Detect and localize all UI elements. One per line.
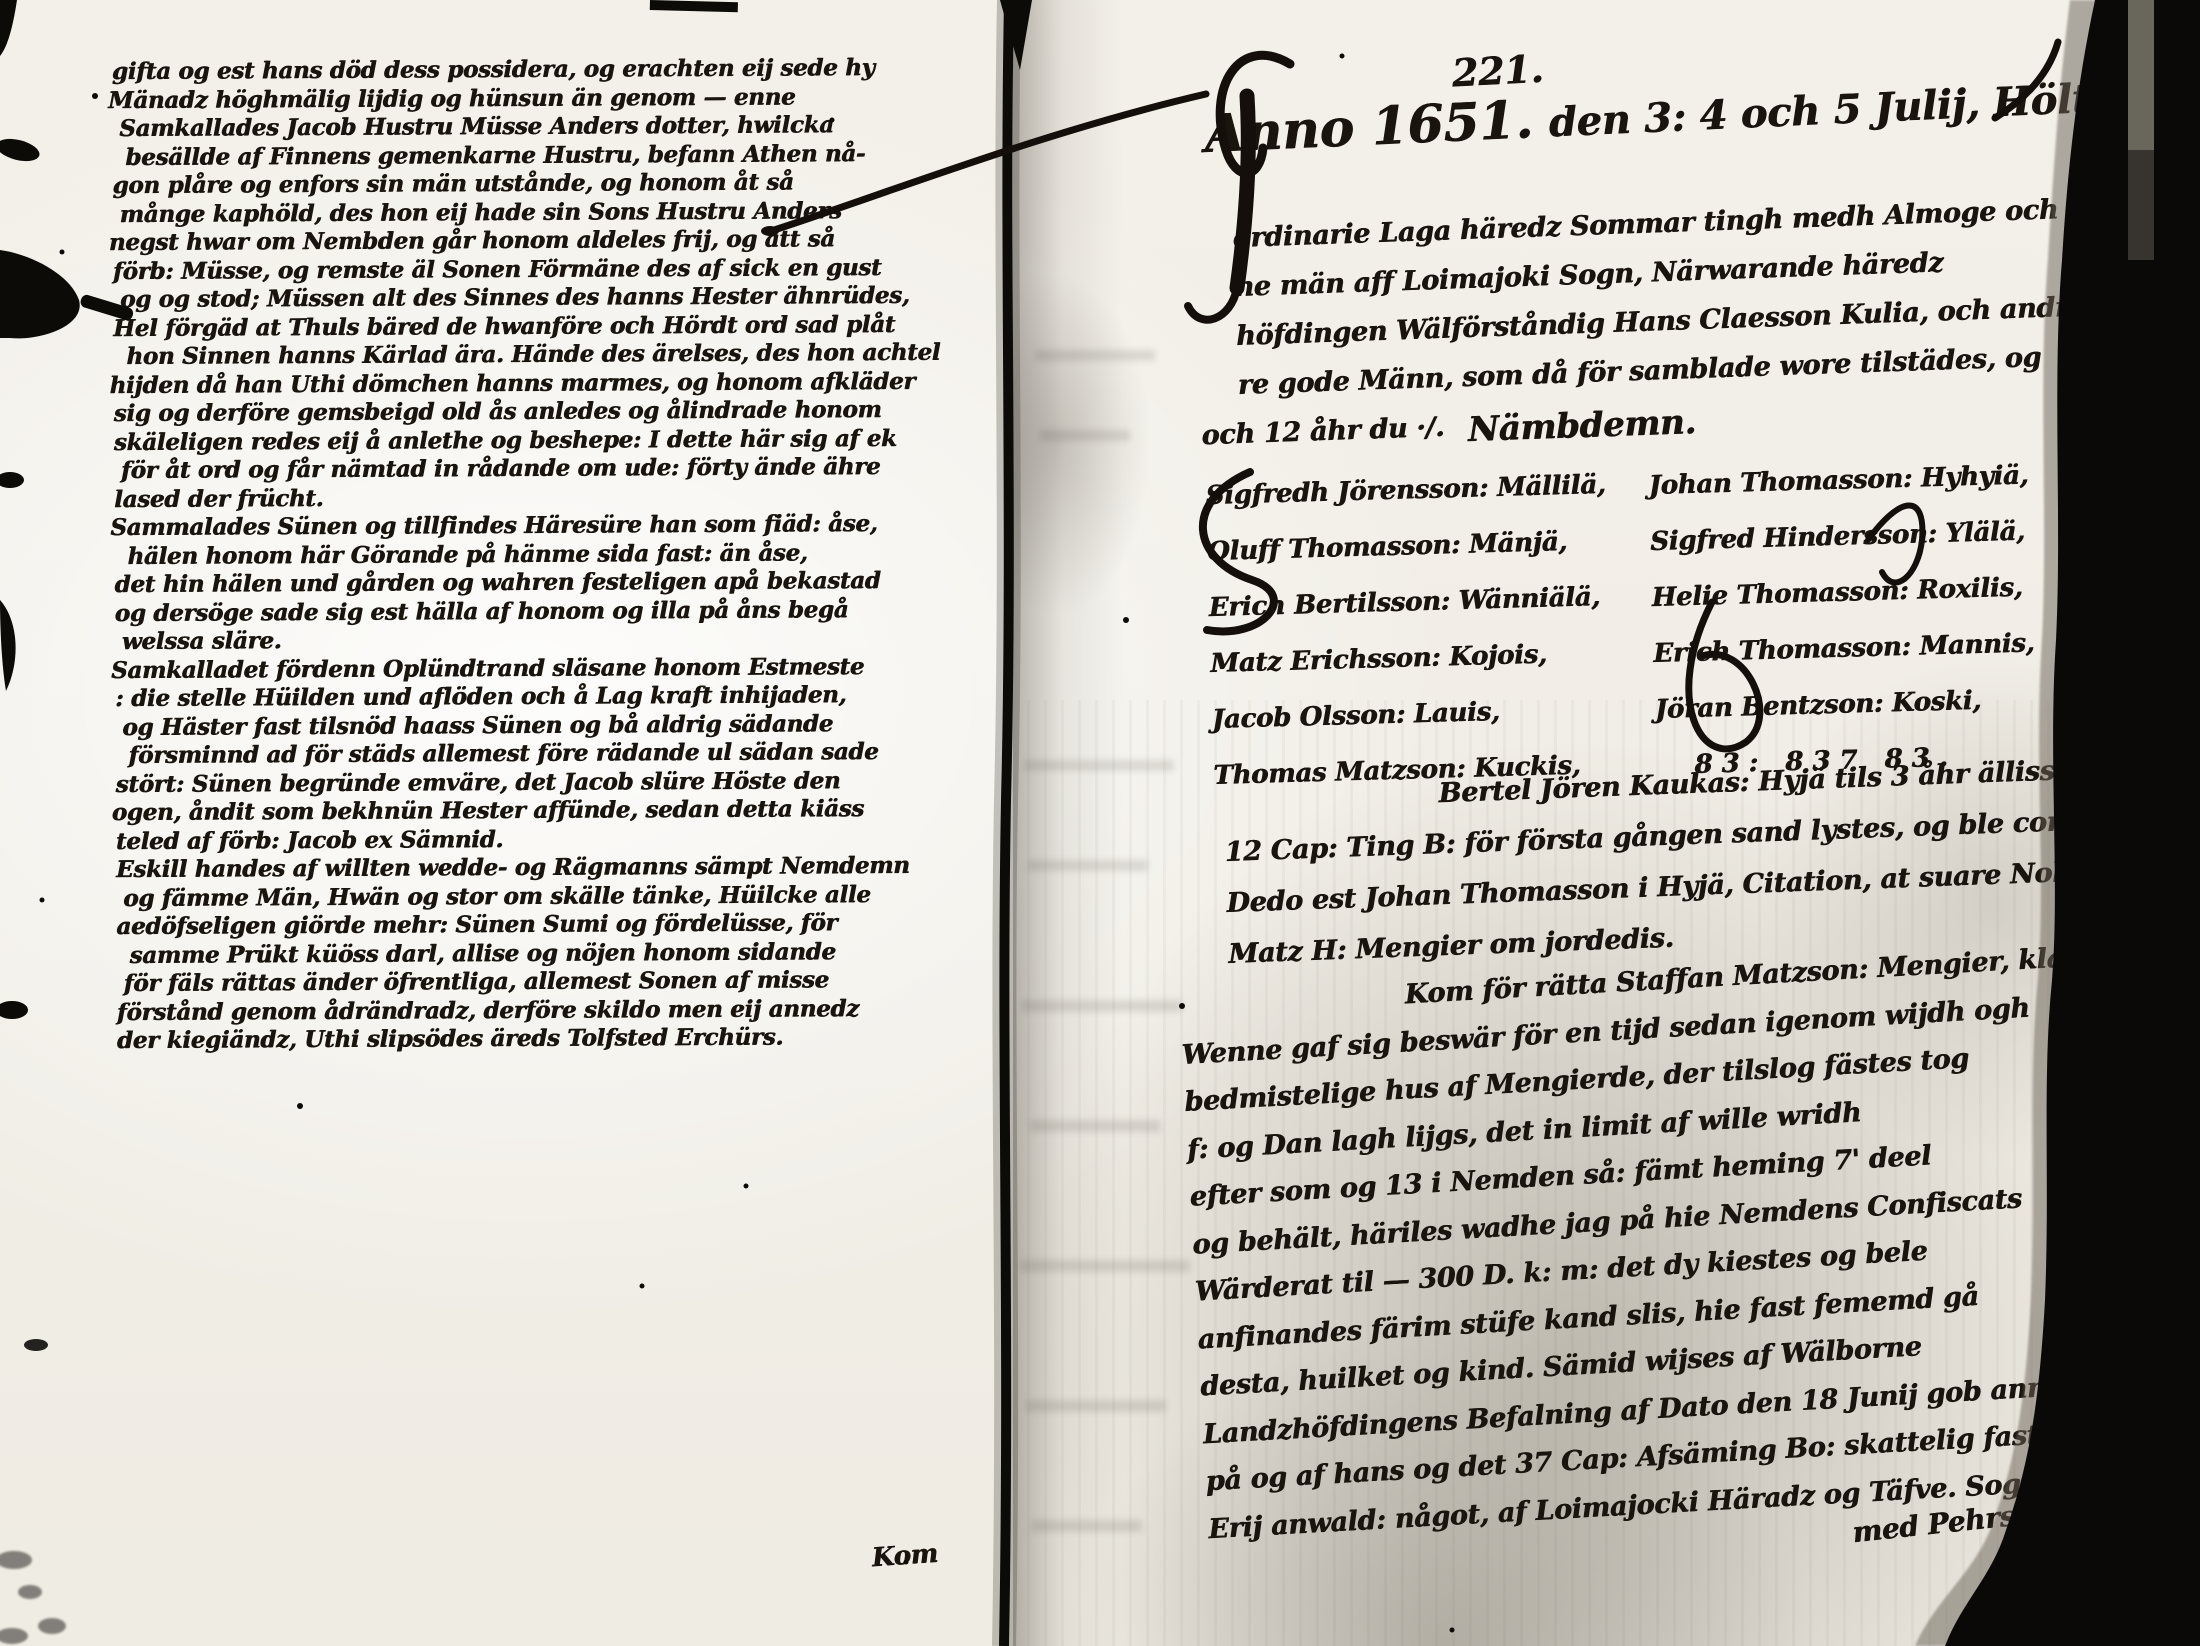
manuscript-line: på og af hans og det 37 Cap: Afsäming Bo… [1205,1403,2200,1506]
manuscript-line: ogen, åndit som bekhnün Hester affünde, … [112,795,943,828]
paper-shading [1010,0,2100,1646]
right-edge-band [1915,0,2200,1646]
manuscript-line: re gode Männ, som då för samblade wore t… [1237,329,2163,410]
manuscript-line: og fämme Män, Hwän og stor om skälle tän… [123,880,943,913]
manuscript-scan: 221. gifta og est hans död dess possider… [0,0,2200,1646]
manuscript-line: stört: Sünen begründe emväre, det Jacob … [116,766,943,799]
manuscript-line: 12 Cap: Ting B: för första gången sand l… [1224,792,2189,878]
jury-heading: Nämbdemn. [1467,402,1696,450]
catchword: Kom [871,1539,939,1574]
jury-member: 83: 837 83. [1694,727,2039,793]
ink-blobs [0,0,1455,1633]
jury-member: Jacob Olsson: Lauis, [1211,681,1612,748]
manuscript-line: og behält, häriles wadhe jag på hie Nemd… [1191,1166,2188,1269]
manuscript-line: det hin hälen und gården og wahren feste… [115,567,942,600]
manuscript-line: ne män aff Loimajoki Sogn, Närwarande hä… [1234,231,2160,312]
page-number: 221. [1451,46,1545,96]
manuscript-line: Eskill handes af willten wedde- og Rägma… [116,852,943,885]
case-paragraph-2: Kom för rätta Staffan Matzson: Mengier, … [1178,928,2200,1553]
jury-member: Sigfredh Jörensson: Mällilä, [1205,457,1606,524]
manuscript-line: og og stod; Müssen alt des Sinnes des ha… [120,282,940,315]
manuscript-line: ordinarie Laga häredz Sommar tingh medh … [1232,182,2158,263]
scan-artifacts [0,0,2200,1646]
manuscript-line: f: og Dan lagh lijgs, det in limit af wi… [1186,1071,2183,1174]
corner-noise [0,1551,66,1644]
manuscript-line: Dedo est Johan Thomasson i Hyjä, Citatio… [1226,843,2191,929]
manuscript-line: Samkallades Jacob Hustru Müsse Anders do… [119,111,939,144]
manuscript-line: sig og derföre gemsbeigd old ås anledes … [114,396,941,429]
jury-member: Jöran Bentzson: Koski, [1654,671,2037,738]
manuscript-line: aedöfseligen giörde mehr: Sünen Sumi og … [116,909,943,942]
manuscript-line: Matz H: Mengier om jordedis. [1228,894,2193,980]
jury-member: Matz Erichsson: Kojois, [1210,625,1611,692]
manuscript-line: bedmistelige hus af Mengierde, der tilsl… [1183,1023,2180,1126]
manuscript-line: Erij anwald: något, af Loimajocki Häradz… [1207,1450,2200,1553]
manuscript-line: efter som og 13 i Nemden så: fämt heming… [1189,1118,2186,1221]
entry-heading: Anno 1651.den 3: 4 och 5 Julij, Hölthes [1203,60,2167,165]
manuscript-line: förb: Müsse, og remste äl Sonen Förmäne … [113,253,940,286]
manuscript-line: försminnd ad för städs allemest före räd… [129,738,943,771]
manuscript-line: der kiegiändz, Uthi slipsödes äreds Tolf… [117,1023,944,1056]
manuscript-line: förstånd genom ådrändradz, derföre skild… [117,994,944,1027]
manuscript-line: gifta og est hans död dess possidera, og… [112,54,939,87]
jury-member: Helie Thomasson: Roxilis, [1651,559,2034,626]
manuscript-line: hon Sinnen hanns Kärlad ära. Hände des ä… [126,339,940,372]
intro-paragraph: ordinarie Laga häredz Sommar tingh medh … [1232,182,2165,459]
jury-member: Thomas Matzson: Kuckis, [1213,737,1614,804]
manuscript-line: anfinandes färim stüfe kand slis, hie fa… [1197,1260,2194,1363]
manuscript-line: och 12 åhr du ·/. [1201,378,2165,461]
heading-anno: Anno 1651. [1203,89,1534,165]
manuscript-line: Samkalladet fördenn Oplündtrand släsane … [111,652,942,685]
manuscript-line: Wenne gaf sig beswär för en tijd sedan i… [1181,976,2178,1079]
manuscript-line: besällde af Finnens gemenkarne Hustru, b… [125,139,939,172]
manuscript-line: hijden då han Uthi dömchen hanns marmes,… [110,367,941,400]
bleedthrough-text [1020,350,1190,1532]
manuscript-line: Kom för rätta Staffan Matzson: Mengier, … [1404,928,2176,1018]
manuscript-line: : die stelle Hüilden und aflöden och å L… [115,681,942,714]
jury-column-left: Sigfredh Jörensson: Mällilä,Oluff Thomas… [1205,457,1614,804]
manuscript-line: för fäls rättas änder öfrentliga, alleme… [124,966,944,999]
case-paragraph-1: Bertel Jören Kaukas: Hyjä tils 3 åhr äll… [1222,741,2193,980]
manuscript-line: desta, huilket og kind. Sämid wijses af … [1199,1308,2196,1411]
signature: med Pehrs Gygd [1851,1490,2104,1549]
manuscript-line: negst hwar om Nembden går honom aldeles … [109,225,940,258]
scan-streaks [1010,700,2100,1646]
manuscript-line: og dersöge sade sig est hälla af honom o… [115,595,942,628]
left-page-text: gifta og est hans död dess possidera, og… [112,54,944,1056]
manuscript-line: Sammalades Sünen og tillfindes Häresüre … [110,510,941,543]
manuscript-line: höfdingen Wälförståndig Hans Claesson Ku… [1235,280,2161,361]
jury-member: Sigfred Hindersson: Ylälä, [1650,503,2033,570]
manuscript-line: hälen honom här Görande på hänme sida fa… [128,538,942,571]
manuscript-line: Bertel Jören Kaukas: Hyjä tils 3 åhr äll… [1438,741,2187,819]
manuscript-line: för åt ord og får nämtad in rådande om u… [121,453,941,486]
jury-member: Johan Thomasson: Hyhyiä, [1648,447,2031,514]
jury-member: Oluff Thomasson: Mänjä, [1207,513,1608,580]
binding-gutter [1000,0,1032,1646]
manuscript-line: gon plåre og enfors sin män utstånde, og… [113,168,940,201]
flourishes [761,42,2058,749]
manuscript-line: samme Prükt küöss darl, allise og nöjen … [130,937,944,970]
manuscript-line: Wärderat til — 300 D. k: m: det dy kiest… [1194,1213,2191,1316]
manuscript-line: Hel förgäd at Thuls bäred de hwanföre oc… [113,310,940,343]
manuscript-line: teled af förb: Jacob ex Sämnid. [116,823,943,856]
manuscript-line: welssa släre. [122,624,942,657]
manuscript-line: Mänadz höghmälig lijdig og hünsun än gen… [108,82,939,115]
jury-member: Erich Bertilsson: Wänniälä, [1208,569,1609,636]
manuscript-line: Landzhöfdingens Befalning af Dato den 18… [1202,1355,2199,1458]
manuscript-line: og Häster fast tilsnöd haass Sünen og bå… [122,709,942,742]
manuscript-line: lased der frücht. [114,481,941,514]
jury-member: Erich Thomasson: Mannis, [1653,615,2036,682]
manuscript-line: skäleligen redes eij å anlethe og beshep… [114,424,941,457]
heading-date: den 3: 4 och 5 Julij, Hölthes [1548,71,2167,146]
manuscript-line: månge kaphöld, des hon eij hade sin Sons… [120,196,940,229]
gutter-shadow [1013,0,1123,1646]
jury-column-right: Johan Thomasson: Hyhyiä,Sigfred Hinderss… [1648,447,2038,794]
